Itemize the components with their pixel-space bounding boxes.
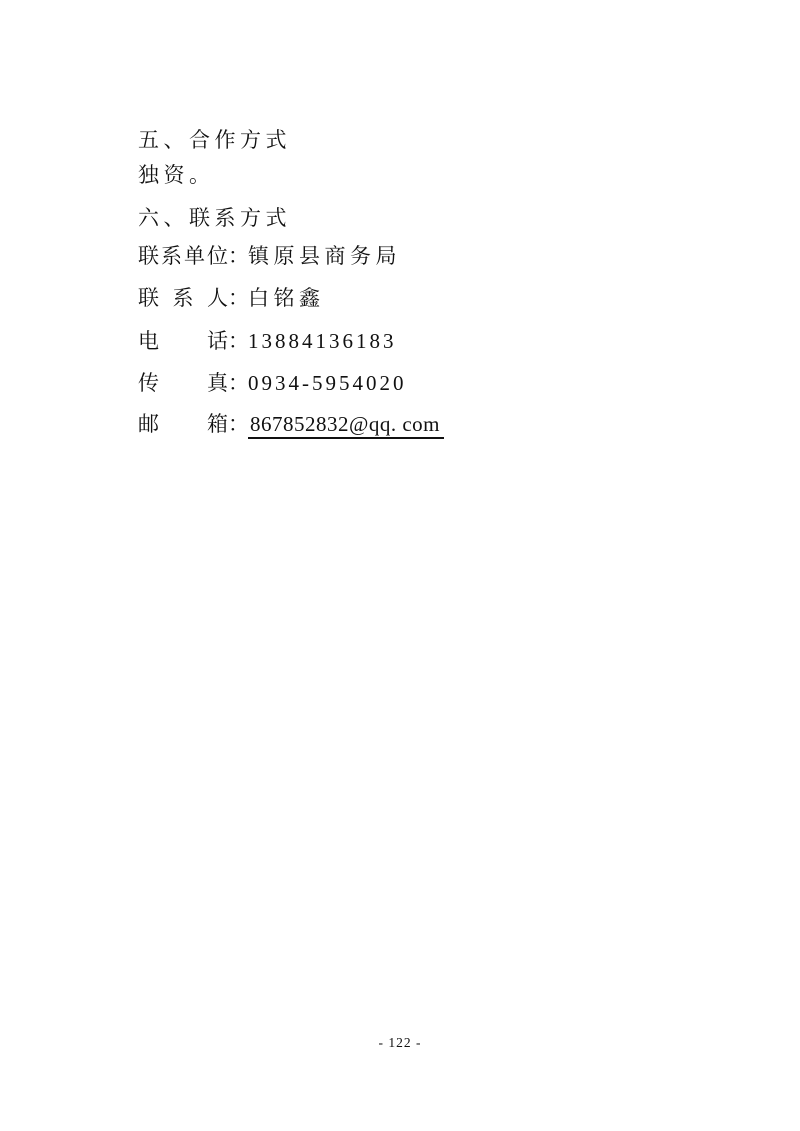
contact-value-fax: 0934-5954020 bbox=[248, 371, 407, 395]
contact-colon: ： bbox=[228, 329, 248, 353]
contact-row-person: 联系人：白铭鑫 bbox=[138, 286, 325, 310]
contact-value-unit: 镇原县商务局 bbox=[248, 244, 401, 268]
contact-value-phone: 13884136183 bbox=[248, 329, 397, 353]
contact-value-person: 白铭鑫 bbox=[248, 286, 325, 310]
contact-colon: ： bbox=[228, 412, 248, 436]
page-number: - 122 - bbox=[0, 1035, 800, 1051]
contact-row-phone: 电话：13884136183 bbox=[138, 329, 397, 353]
contact-colon: ： bbox=[228, 286, 248, 310]
contact-row-unit: 联系单位：镇原县商务局 bbox=[138, 244, 401, 268]
contact-label-email: 邮箱 bbox=[138, 412, 228, 436]
contact-row-fax: 传真：0934-5954020 bbox=[138, 371, 407, 395]
contact-label-phone: 电话 bbox=[138, 329, 228, 353]
document-page: 五、合作方式 独资。 六、联系方式 联系单位：镇原县商务局 联系人：白铭鑫 电话… bbox=[0, 0, 800, 1131]
contact-colon: ： bbox=[228, 244, 248, 268]
contact-row-email: 邮箱：867852832@qq. com bbox=[138, 412, 444, 439]
contact-label-person: 联系人 bbox=[138, 286, 228, 310]
contact-label-unit: 联系单位 bbox=[138, 244, 228, 268]
section-heading-cooperation-method: 五、合作方式 bbox=[138, 128, 291, 152]
contact-colon: ： bbox=[228, 371, 248, 395]
contact-label-fax: 传真 bbox=[138, 371, 228, 395]
section-body-sole-proprietorship: 独资。 bbox=[138, 163, 215, 187]
email-link[interactable]: 867852832@qq. com bbox=[248, 412, 444, 439]
section-heading-contact-method: 六、联系方式 bbox=[138, 206, 291, 230]
